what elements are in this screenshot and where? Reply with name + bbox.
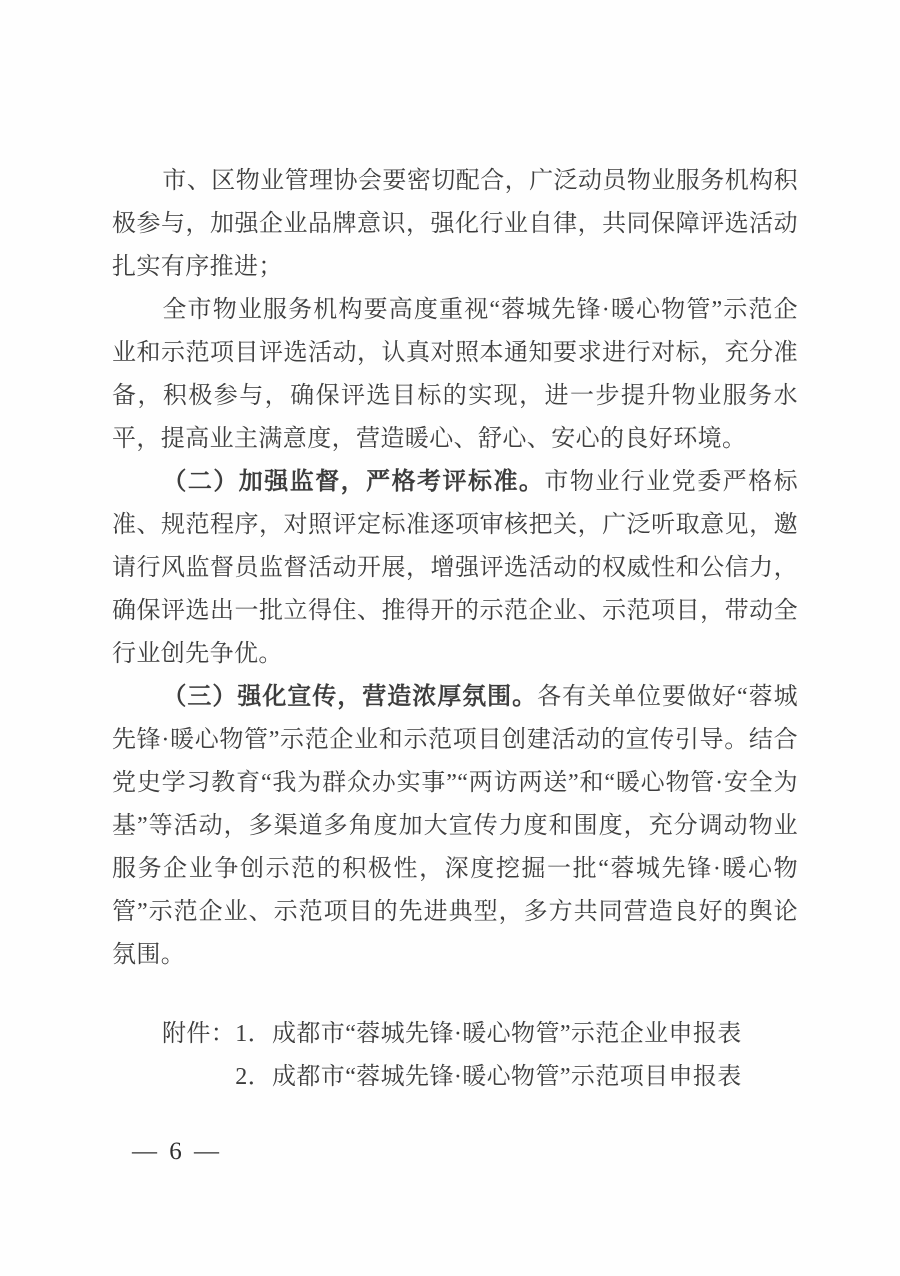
document-page: 市、区物业管理协会要密切配合，广泛动员物业服务机构积极参与，加强企业品牌意识，强… (0, 0, 900, 1276)
attachment-item-enterprise-form: 1．成都市“蓉城先锋·暖心物管”示范企业申报表 (235, 1013, 798, 1056)
paragraph-supervision: （二）加强监督，严格考评标准。市物业行业党委严格标准、规范程序，对照评定标准逐项… (112, 461, 798, 676)
paragraph-enterprises: 全市物业服务机构要高度重视“蓉城先锋·暖心物管”示范企业和示范项目评选活动，认真… (112, 289, 798, 461)
paragraph-publicity: （三）强化宣传，营造浓厚氛围。各有关单位要做好“蓉城先锋·暖心物管”示范企业和示… (112, 676, 798, 977)
attachments-block: 附件： 1．成都市“蓉城先锋·暖心物管”示范企业申报表 2．成都市“蓉城先锋·暖… (112, 1013, 798, 1099)
paragraph-lead-bold: （二）加强监督，严格考评标准。 (162, 469, 544, 495)
attachments-label: 附件： (162, 1013, 235, 1056)
paragraph-text: 各有关单位要做好“蓉城先锋·暖心物管”示范企业和示范项目创建活动的宣传引导。结合… (112, 684, 798, 968)
paragraph-text: 全市物业服务机构要高度重视“蓉城先锋·暖心物管”示范企业和示范项目评选活动，认真… (112, 297, 798, 452)
paragraph-text: 市物业行业党委严格标准、规范程序，对照评定标准逐项审核把关，广泛听取意见，邀请行… (112, 469, 798, 667)
attachment-item-project-form: 2．成都市“蓉城先锋·暖心物管”示范项目申报表 (235, 1056, 798, 1099)
paragraph-cooperation: 市、区物业管理协会要密切配合，广泛动员物业服务机构积极参与，加强企业品牌意识，强… (112, 160, 798, 289)
paragraph-text: 市、区物业管理协会要密切配合，广泛动员物业服务机构积极参与，加强企业品牌意识，强… (112, 168, 798, 280)
attachments-list: 1．成都市“蓉城先锋·暖心物管”示范企业申报表 2．成都市“蓉城先锋·暖心物管”… (235, 1013, 798, 1099)
document-body: 市、区物业管理协会要密切配合，广泛动员物业服务机构积极参与，加强企业品牌意识，强… (112, 160, 798, 1099)
page-number: — 6 — (132, 1138, 222, 1166)
paragraph-lead-bold: （三）强化宣传，营造浓厚氛围。 (162, 684, 537, 710)
